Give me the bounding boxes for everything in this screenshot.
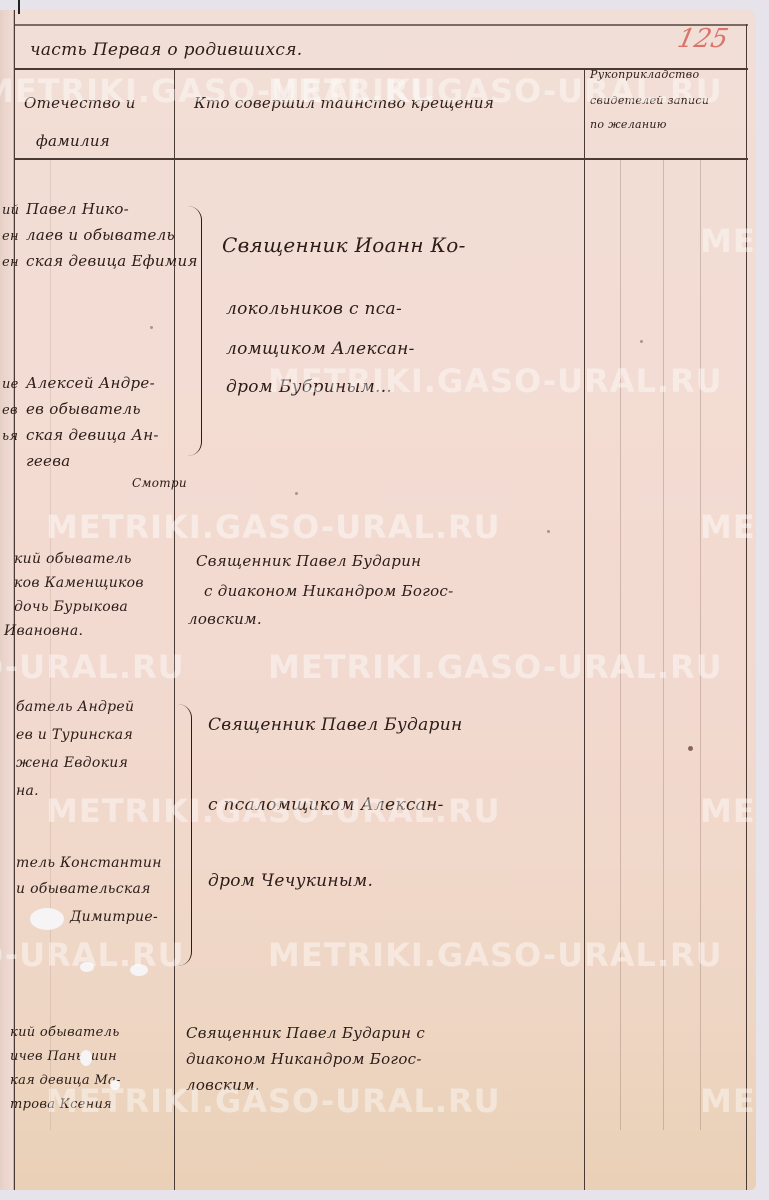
binding-edge (18, 0, 20, 14)
watermark: METRIKI.GASO-URAL.RU (46, 508, 501, 546)
godparent-line: трова Ксения (10, 1092, 112, 1118)
grouping-brace (186, 206, 202, 456)
watermark: METRIKI.GASO-URAL.RU (0, 648, 185, 686)
paper-tear (30, 908, 64, 930)
header-bottom-rule (14, 158, 748, 160)
priest-line: Священник Иоанн Ко- (222, 230, 466, 260)
watermark: METRIKI.GASO-URAL.RU (700, 792, 756, 830)
godparent-line: Ивановна. (4, 618, 83, 644)
godparent-line: Павел Нико- (26, 196, 129, 222)
godparent-line: кий обыватель (10, 1020, 120, 1046)
priest-line: с псаломщиком Алексан- (208, 790, 444, 820)
watermark: METRIKI.GASO-URAL.RU (268, 648, 723, 686)
paper-tear (80, 1050, 92, 1066)
priest-line: с диаконом Никандром Богос- (204, 578, 453, 604)
register-page: 125 часть Первая о родившихся. Отечество… (0, 10, 756, 1190)
godparent-line: ев и Туринская (16, 722, 133, 748)
col-header-witness: Рукоприкладство (590, 68, 699, 81)
column-rule (584, 68, 585, 1190)
priest-line: Священник Павел Бударин с (186, 1020, 425, 1046)
godparent-line: ичев Панышин (10, 1044, 117, 1070)
godparent-line: ская девица Ефимия (26, 248, 198, 274)
book-gutter (0, 10, 14, 1190)
priest-line: локольников с пса- (226, 294, 402, 324)
godparent-line: тель Константин (16, 850, 162, 876)
paper-tear (130, 964, 148, 976)
watermark: METRIKI.GASO-URAL.RU (700, 222, 756, 260)
godparent-line: батель Андрей (16, 694, 134, 720)
priest-line: Священник Павел Бударин (196, 548, 421, 574)
paper-tear (80, 962, 94, 972)
priest-line: ловским. (188, 606, 262, 632)
grouping-brace (176, 704, 192, 966)
godparent-line: ев обыватель (26, 396, 141, 422)
section-title: часть Первая о родившихся. (30, 40, 302, 60)
godparent-line: кая девица Ма- (10, 1068, 121, 1094)
priest-line: дром Чечукиным. (208, 866, 373, 896)
top-rule (14, 24, 748, 26)
godparent-line: Димитрие- (70, 904, 158, 930)
priest-line: ловским. (186, 1072, 260, 1098)
priest-line: дром Бубриным... (226, 372, 392, 402)
col-header-name: Отечество и (24, 94, 136, 112)
godparent-line: кий обыватель (14, 546, 132, 572)
col-header-name-2: фамилия (36, 132, 110, 150)
godparent-line: лаев и обыватель (26, 222, 175, 248)
godparent-line: ская девица Ан- (26, 422, 159, 448)
godparent-line: жена Евдокия (16, 750, 128, 776)
priest-line: Священник Павел Бударин (208, 710, 462, 740)
page-number: 125 (675, 24, 731, 54)
godparent-line: дочь Бурыкова (14, 594, 128, 620)
col-header-witness-2: свидетелей записи (590, 94, 709, 107)
priest-line: диаконом Никандром Богос- (186, 1046, 422, 1072)
watermark: METRIKI.GASO-URAL.RU (268, 936, 723, 974)
col-header-witness-3: по желанию (590, 118, 667, 131)
godparent-line: ков Каменщиков (14, 570, 144, 596)
margin-note: Смотри (132, 476, 187, 490)
watermark: METRIKI.GASO-URAL.RU (700, 508, 756, 546)
paper-tear (110, 1080, 120, 1090)
column-rule (746, 24, 747, 1190)
godparent-line: и обывательская (16, 876, 151, 902)
godparent-line: геева (26, 448, 71, 474)
col-header-priest: Кто совершил таинство крещения (194, 94, 494, 112)
godparent-line: Алексей Андре- (26, 370, 155, 396)
priest-line: ломщиком Алексан- (226, 334, 415, 364)
watermark: METRIKI.GASO-URAL.RU (700, 1082, 756, 1120)
godparent-line: на. (16, 778, 39, 804)
